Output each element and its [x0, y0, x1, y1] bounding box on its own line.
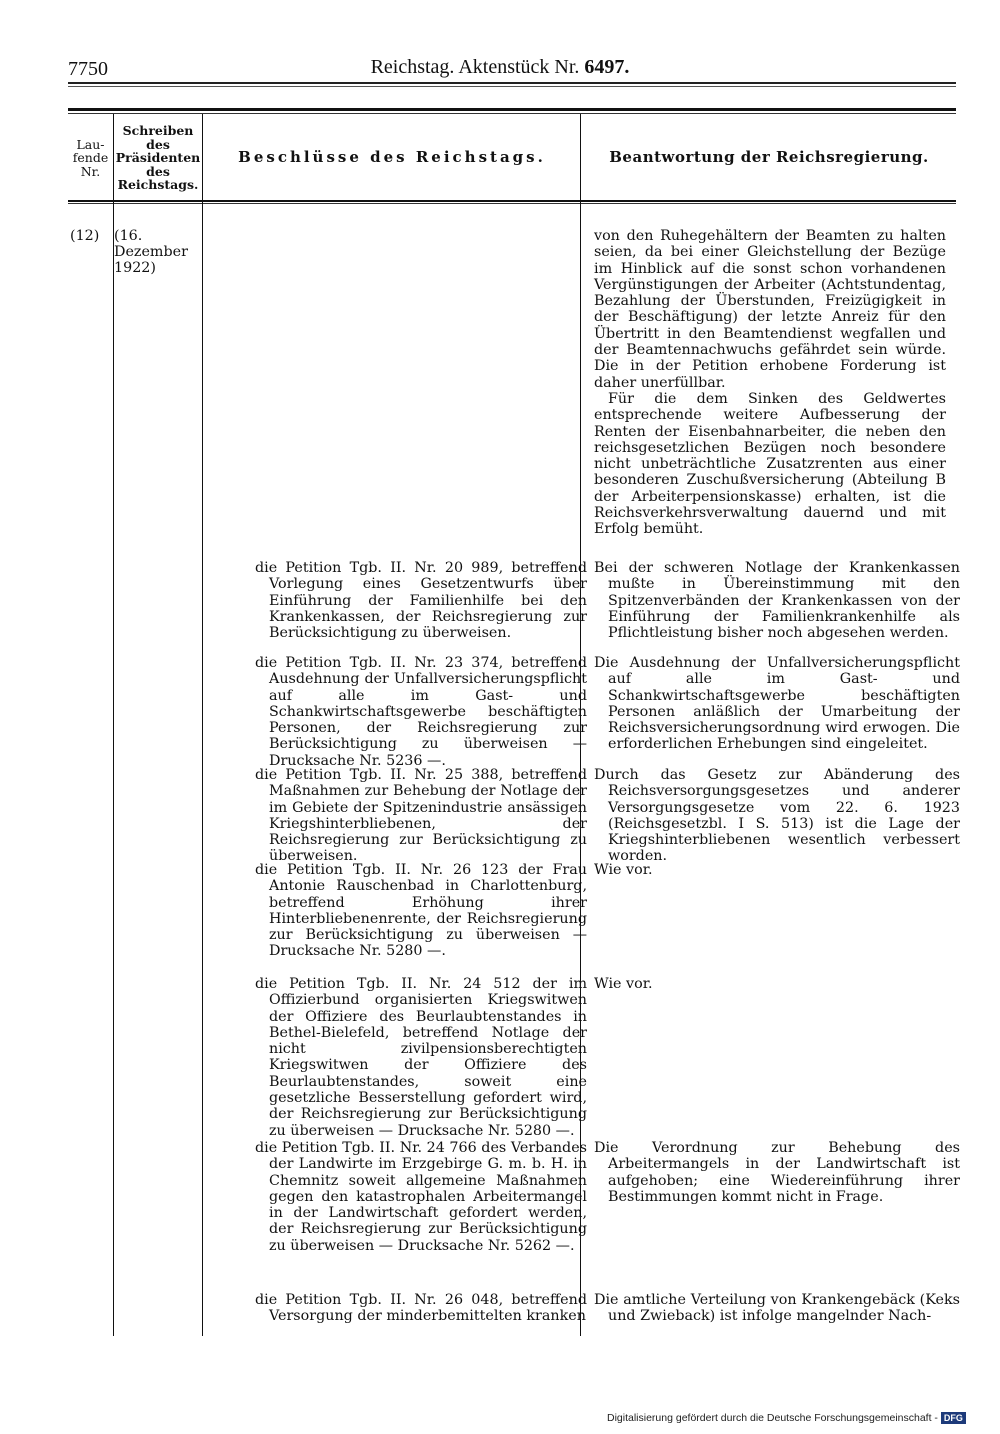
continuation-answer: von den Ruhegehältern der Beamten zu hal…	[594, 228, 946, 538]
beschluss-cell: die Petition Tgb. II. Nr. 24 766 des Ver…	[255, 1140, 587, 1254]
footer-text: Digitalisierung gefördert durch die Deut…	[607, 1412, 938, 1424]
column-header-beantwortung: Beantwortung der Reichsregierung.	[582, 116, 956, 200]
antwort-cell: Die Verordnung zur Behebung des Arbeiter…	[594, 1140, 960, 1205]
column-divider	[202, 114, 203, 1336]
column-divider	[113, 114, 114, 1336]
laufende-nr-value: (12)	[70, 228, 99, 244]
running-head: Reichstag. Aktenstück Nr. 6497.	[0, 56, 1000, 79]
antwort-cell: Die amtliche Verteilung von Krankengebäc…	[594, 1292, 960, 1325]
beschluss-cell: die Petition Tgb. II. Nr. 26 048, betref…	[255, 1292, 587, 1325]
schreiben-date: (16. Dezember 1922)	[114, 228, 202, 276]
antwort-cell: Wie vor.	[594, 976, 960, 992]
antwort-cell: Die Ausdehnung der Unfallversicherungspf…	[594, 655, 960, 753]
antwort-cell: Wie vor.	[594, 862, 960, 878]
beschluss-cell: die Petition Tgb. II. Nr. 26 123 der Fra…	[255, 862, 587, 960]
column-header-schreiben: Schreiben des Präsidenten des Reichstags…	[114, 116, 202, 200]
column-header-beschluesse: Beschlüsse des Reichstags.	[204, 116, 580, 200]
dfg-logo-icon: DFG	[941, 1412, 966, 1424]
header-rule	[68, 82, 956, 87]
document-number: 6497.	[584, 56, 629, 78]
beschluss-cell: die Petition Tgb. II. Nr. 24 512 der im …	[255, 976, 587, 1139]
beschluss-cell: die Petition Tgb. II. Nr. 25 388, betref…	[255, 767, 587, 865]
answer-paragraph: von den Ruhegehältern der Beamten zu hal…	[594, 228, 946, 391]
answer-paragraph: Für die dem Sinken des Geldwertes entspr…	[594, 391, 946, 538]
column-header-laufende-nr: Lau-fende Nr.	[68, 116, 113, 200]
antwort-cell: Bei der schweren Notlage der Krankenkass…	[594, 560, 960, 641]
running-title: Reichstag. Aktenstück Nr.	[371, 56, 580, 78]
antwort-cell: Durch das Gesetz zur Abänderung des Reic…	[594, 767, 960, 865]
beschluss-cell: die Petition Tgb. II. Nr. 23 374, betref…	[255, 655, 587, 769]
beschluss-cell: die Petition Tgb. II. Nr. 20 989, betref…	[255, 560, 587, 641]
footer-credit: Digitalisierung gefördert durch die Deut…	[607, 1412, 966, 1424]
